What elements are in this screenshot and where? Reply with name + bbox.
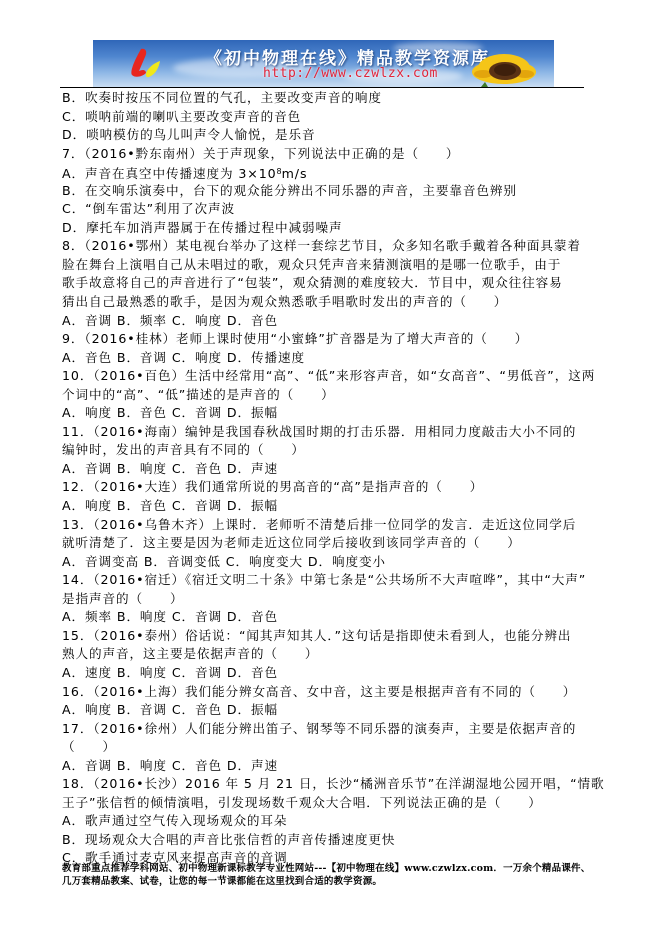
question-11-cont: 编钟时，发出的声音具有不同的（ ） [62, 441, 602, 460]
question-10: 10．（2016•百色）生活中经常用“高”、“低”来形容声音，如“女高音”、“男… [62, 367, 602, 386]
question-14-cont: 是指声音的（ ） [62, 590, 602, 609]
options-line: A．音调 B．响度 C．音色 D．声速 [62, 460, 602, 479]
question-7: 7．（2016•黔东南州）关于声现象，下列说法中正确的是（ ） [62, 145, 602, 164]
options-line: A．响度 B．音色 C．音调 D．振幅 [62, 404, 602, 423]
question-18: 18．（2016•长沙）2016 年 5 月 21 日，长沙“橘洲音乐节”在洋湖… [62, 775, 602, 794]
header-divider [60, 87, 584, 88]
option-line: A．声音在真空中传播速度为 3×108m/s [62, 163, 602, 182]
options-line: A．音调 B．响度 C．音色 D．声速 [62, 757, 602, 776]
option-line: B．现场观众大合唱的声音比张信哲的声音传播速度更快 [62, 831, 602, 850]
sunflower-icon [471, 52, 537, 87]
question-12: 12．（2016•大连）我们通常所说的男高音的“高”是指声音的（ ） [62, 478, 602, 497]
options-line: A．响度 B．音调 C．音色 D．振幅 [62, 701, 602, 720]
page-footer: 教育部重点推荐学科网站、初中物理新课标教学专业性网站---【初中物理在线】www… [62, 862, 602, 888]
option-line: C．“倒车雷达”利用了次声波 [62, 200, 602, 219]
options-line: A．音调变高 B．音调变低 C．响度变大 D．响度变小 [62, 553, 602, 572]
question-11: 11．（2016•海南）编钟是我国春秋战国时期的打击乐器．用相同力度敲击大小不同… [62, 423, 602, 442]
question-13: 13．（2016•乌鲁木齐）上课时．老师听不清楚后排一位同学的发言．走近这位同学… [62, 516, 602, 535]
option-line: D．唢呐模仿的鸟儿叫声令人愉悦，是乐音 [62, 126, 602, 145]
option-line: C．唢呐前端的喇叭主要改变声音的音色 [62, 108, 602, 127]
question-8-cont: 歌手故意将自己的声音进行了“包装”，观众猜测的难度较大．节目中，观众往往容易 [62, 274, 602, 293]
unit-text: m/s [282, 166, 308, 181]
question-17: 17．（2016•徐州）人们能分辨出笛子、钢琴等不同乐器的演奏声，主要是依据声音… [62, 720, 602, 739]
question-16: 16．（2016•上海）我们能分辨女高音、女中音，这主要是根据声音有不同的（ ） [62, 683, 602, 702]
document-body: B．吹奏时按压不同位置的气孔，主要改变声音的响度 C．唢呐前端的喇叭主要改变声音… [62, 89, 602, 868]
question-8-cont: 脸在舞台上演唱自己从未唱过的歌，观众只凭声音来猜测演唱的是哪一位歌手，由于 [62, 256, 602, 275]
footer-line-2: 几万套精品教案、试卷，让您的每一节课都能在这里找到合适的教学资源。 [62, 875, 602, 888]
banner-url: http://www.czwlzx.com [263, 66, 438, 81]
question-17-cont: （ ） [62, 738, 602, 757]
option-text: A．声音在真空中传播速度为 3×10 [62, 166, 277, 181]
question-9: 9．（2016•桂林）老师上课时使用“小蜜蜂”扩音器是为了增大声音的（ ） [62, 330, 602, 349]
question-8: 8．（2016•鄂州）某电视台举办了这样一套综艺节目，众多知名歌手戴着各种面具蒙… [62, 237, 602, 256]
options-line: A．速度 B．响度 C．音调 D．音色 [62, 664, 602, 683]
question-18-cont: 王子”张信哲的倾情演唱，引发现场数千观众大合唱．下列说法正确的是（ ） [62, 794, 602, 813]
site-logo-icon [127, 47, 163, 81]
question-14: 14．（2016•宿迁）《宿迁文明二十条》中第七条是“公共场所不大声喧哗”，其中… [62, 571, 602, 590]
footer-line-1: 教育部重点推荐学科网站、初中物理新课标教学专业性网站---【初中物理在线】www… [62, 862, 602, 875]
option-line: B．吹奏时按压不同位置的气孔，主要改变声音的响度 [62, 89, 602, 108]
site-banner: 《初中物理在线》精品教学资源库 http://www.czwlzx.com [93, 40, 554, 87]
option-line: B．在交响乐演奏中，台下的观众能分辨出不同乐器的声音，主要靠音色辨别 [62, 182, 602, 201]
options-line: A．音调 B．频率 C．响度 D．音色 [62, 312, 602, 331]
question-10-cont: 个词中的“高”、“低”描述的是声音的（ ） [62, 386, 602, 405]
question-15: 15．（2016•泰州）俗话说：“闻其声知其人．”这句话是指即使未看到人，也能分… [62, 627, 602, 646]
option-line: D．摩托车加消声器属于在传播过程中减弱噪声 [62, 219, 602, 238]
question-8-cont: 猜出自己最熟悉的歌手，是因为观众熟悉歌手唱歌时发出的声音的（ ） [62, 293, 602, 312]
question-15-cont: 熟人的声音，这主要是依据声音的（ ） [62, 645, 602, 664]
option-line: A．歌声通过空气传入现场观众的耳朵 [62, 812, 602, 831]
options-line: A．音色 B．音调 C．响度 D．传播速度 [62, 349, 602, 368]
options-line: A．频率 B．响度 C．音调 D．音色 [62, 608, 602, 627]
options-line: A．响度 B．音色 C．音调 D．振幅 [62, 497, 602, 516]
question-13-cont: 就听清楚了．这主要是因为老师走近这位同学后接收到该同学声音的（ ） [62, 534, 602, 553]
